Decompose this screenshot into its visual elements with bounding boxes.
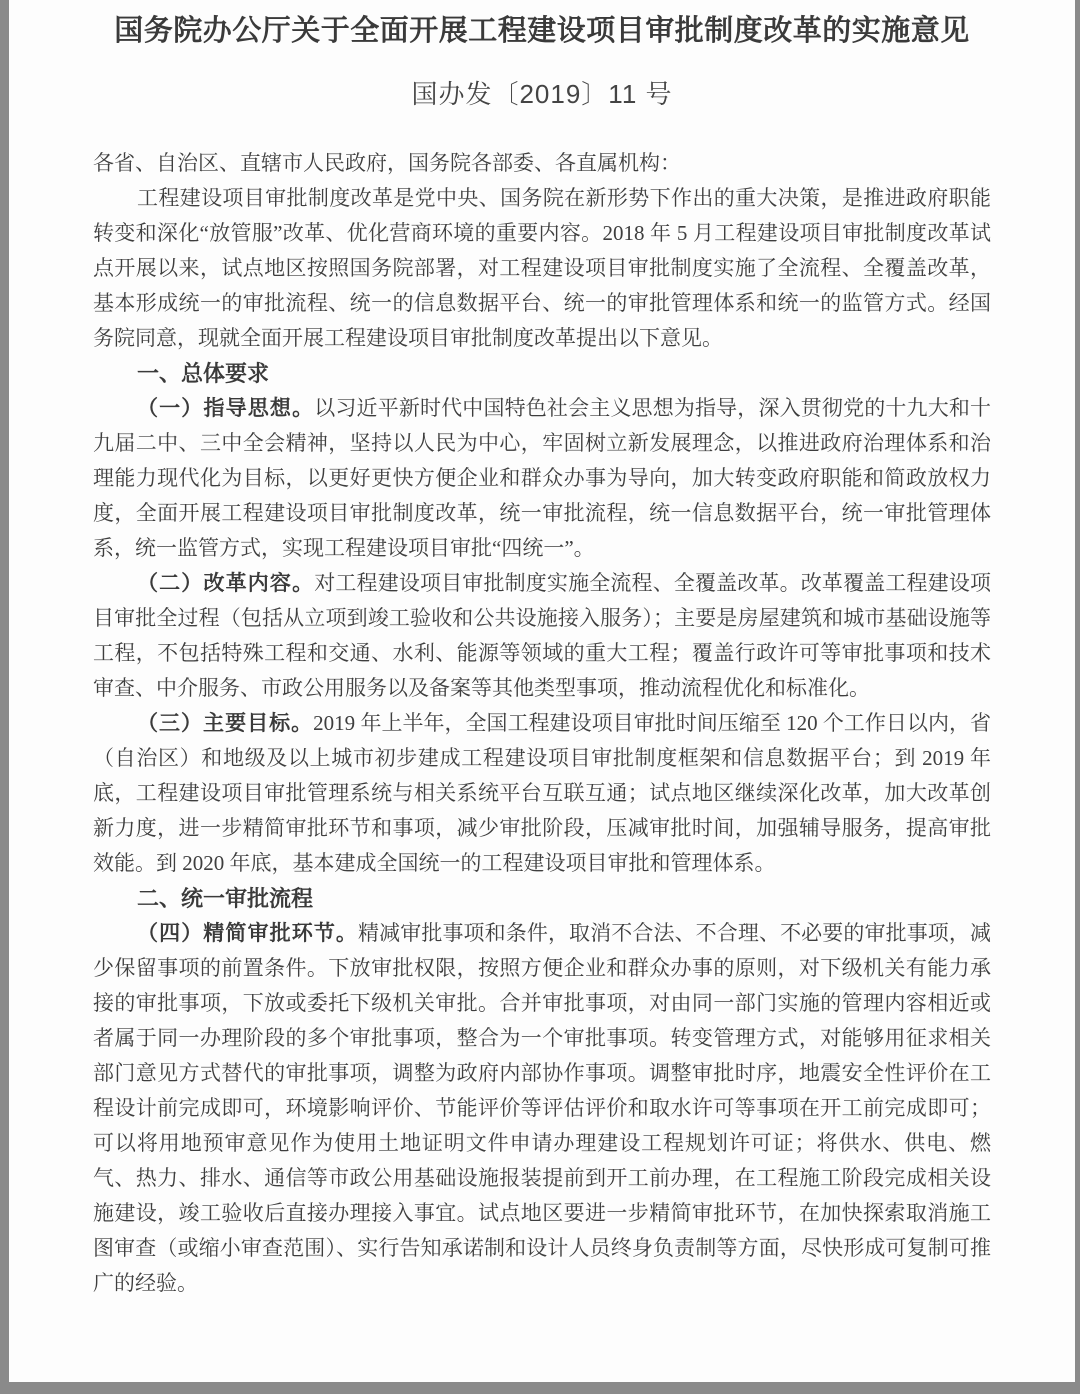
paragraph-item-3-text: 2019 年上半年，全国工程建设项目审批时间压缩至 120 个工作日以内，省（自… xyxy=(93,711,991,875)
section-heading-1: 一、总体要求 xyxy=(93,356,991,391)
paragraph-item-4: （四）精简审批环节。精减审批事项和条件，取消不合法、不合理、不必要的审批事项，减… xyxy=(93,916,991,1301)
paragraph-item-2-lead: （二）改革内容。 xyxy=(137,571,314,595)
document-viewer: { "document": { "title": "国务院办公厅关于全面开展工程… xyxy=(0,0,1080,1394)
section-heading-2: 二、统一审批流程 xyxy=(93,881,991,916)
paragraph-item-1: （一）指导思想。以习近平新时代中国特色社会主义思想为指导，深入贯彻党的十九大和十… xyxy=(93,391,991,566)
intro-paragraph: 工程建设项目审批制度改革是党中央、国务院在新形势下作出的重大决策，是推进政府职能… xyxy=(93,181,991,356)
paragraph-item-4-lead: （四）精简审批环节。 xyxy=(137,921,358,945)
salutation-line: 各省、自治区、直辖市人民政府，国务院各部委、各直属机构： xyxy=(93,146,991,181)
document-body: 各省、自治区、直辖市人民政府，国务院各部委、各直属机构： 工程建设项目审批制度改… xyxy=(93,146,991,1301)
paragraph-item-1-lead: （一）指导思想。 xyxy=(137,396,314,420)
document-number: 国办发〔2019〕11 号 xyxy=(9,78,1075,110)
paragraph-item-3-lead: （三）主要目标。 xyxy=(137,711,313,735)
document-title: 国务院办公厅关于全面开展工程建设项目审批制度改革的实施意见 xyxy=(9,0,1075,51)
paragraph-item-2: （二）改革内容。对工程建设项目审批制度实施全流程、全覆盖改革。改革覆盖工程建设项… xyxy=(93,566,991,706)
document-page: 国务院办公厅关于全面开展工程建设项目审批制度改革的实施意见 国办发〔2019〕1… xyxy=(9,0,1075,1382)
paragraph-item-3: （三）主要目标。2019 年上半年，全国工程建设项目审批时间压缩至 120 个工… xyxy=(93,706,991,881)
paragraph-item-1-text: 以习近平新时代中国特色社会主义思想为指导，深入贯彻党的十九大和十九届二中、三中全… xyxy=(93,396,991,560)
paragraph-item-4-text: 精减审批事项和条件，取消不合法、不合理、不必要的审批事项，减少保留事项的前置条件… xyxy=(93,921,991,1295)
intro-paragraph-text: 工程建设项目审批制度改革是党中央、国务院在新形势下作出的重大决策，是推进政府职能… xyxy=(93,186,991,350)
